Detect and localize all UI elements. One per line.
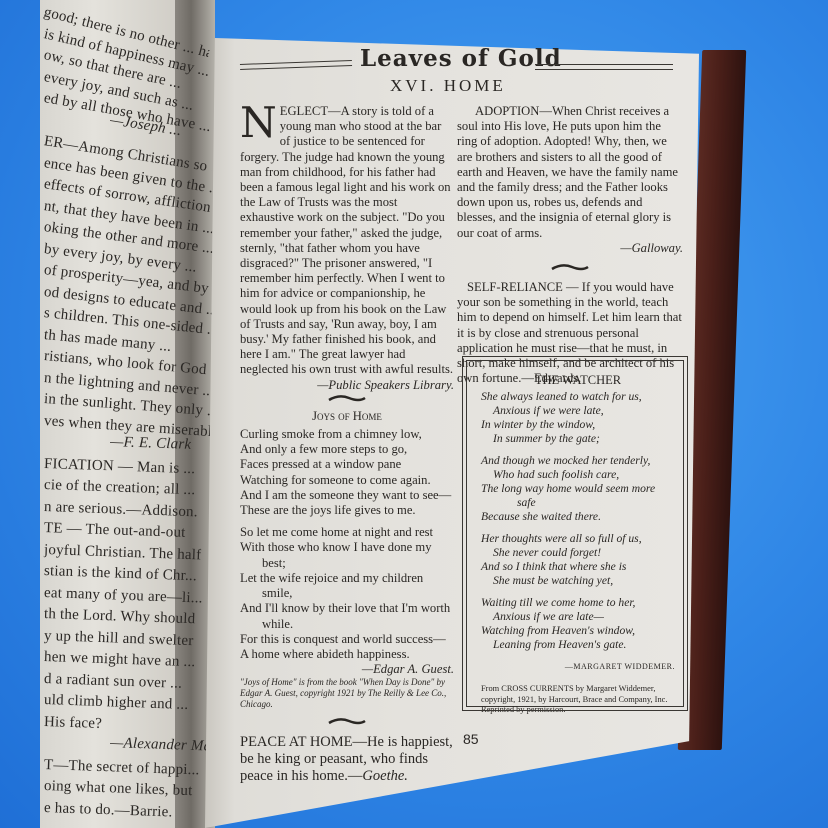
swash-ornament xyxy=(240,393,454,409)
poem-line: Let the wife rejoice and my children xyxy=(240,571,454,586)
poem-line: So let me come home at night and rest xyxy=(240,525,454,540)
joys-title: Joys of Home xyxy=(240,409,454,424)
watcher-stanza: Waiting till we come home to her,Anxious… xyxy=(481,596,675,652)
poem-line: Watching for someone to come again. xyxy=(240,473,454,488)
left-page-line: —F. E. Clark xyxy=(110,434,192,454)
neglect-heading: EGLECT— xyxy=(280,104,341,118)
poem-line: Waiting till we come home to her, xyxy=(481,596,675,610)
swash-ornament xyxy=(240,710,454,734)
poem-line: Faces pressed at a window pane xyxy=(240,457,454,472)
poem-line: And though we mocked her tenderly, xyxy=(481,454,675,468)
swash-icon xyxy=(550,263,590,273)
adoption-attribution: —Galloway. xyxy=(457,241,683,256)
poem-line: And so I think that where she is xyxy=(481,560,675,574)
neglect-attribution: —Public Speakers Library. xyxy=(240,378,454,393)
poem-line: best; xyxy=(240,556,454,571)
peace-heading: PEACE AT HOME— xyxy=(240,734,367,750)
chapter-title: XVI. HOME xyxy=(390,76,506,96)
joys-note: "Joys of Home" is from the book "When Da… xyxy=(240,677,454,710)
joys-attribution: —Edgar A. Guest. xyxy=(240,662,454,677)
poem-line: smile, xyxy=(240,586,454,601)
left-page-line: His face? xyxy=(44,714,103,733)
poem-line: while. xyxy=(240,617,454,632)
poem-line: Anxious if we are late— xyxy=(481,610,675,624)
watcher-credit: From CROSS CURRENTS by Margaret Widdemer… xyxy=(481,684,675,716)
the-watcher-box: THE WATCHER She always leaned to watch f… xyxy=(466,360,684,707)
poem-line: For this is conquest and world success— xyxy=(240,632,454,647)
poem-line: And I'll know by their love that I'm wor… xyxy=(240,601,454,616)
watcher-title: THE WATCHER xyxy=(481,373,675,387)
watcher-stanzas: She always leaned to watch for us,Anxiou… xyxy=(481,390,675,652)
poem-line: Watching from Heaven's window, xyxy=(481,624,675,638)
poem-line: She always leaned to watch for us, xyxy=(481,390,675,404)
self-reliance-heading: SELF-RELIANCE — xyxy=(457,280,582,294)
watcher-stanza: She always leaned to watch for us,Anxiou… xyxy=(481,390,675,446)
swash-icon xyxy=(327,394,367,404)
poem-line: A home where abideth happiness. xyxy=(240,647,454,662)
adoption-entry: ADOPTION—When Christ receives a soul int… xyxy=(457,104,683,241)
watcher-stanza: Her thoughts were all so full of us,She … xyxy=(481,532,675,588)
poem-line: Anxious if we were late, xyxy=(481,404,675,418)
running-title: Leaves of Gold xyxy=(360,45,562,72)
neglect-entry: NEGLECT—A story is told of a young man w… xyxy=(240,104,454,378)
poem-line: She never could forget! xyxy=(481,546,675,560)
watcher-author: —MARGARET WIDDEMER. xyxy=(481,660,675,674)
poem-line: These are the joys life gives to me. xyxy=(240,503,454,518)
poem-line: And only a few more steps to go, xyxy=(240,442,454,457)
poem-line: Curling smoke from a chimney low, xyxy=(240,427,454,442)
joys-stanza-2: So let me come home at night and restWit… xyxy=(240,525,454,662)
poem-line: Leaning from Heaven's gate. xyxy=(481,638,675,652)
poem-line: The long way home would seem more xyxy=(481,482,675,496)
poem-line: Because she waited there. xyxy=(481,510,675,524)
swash-icon xyxy=(327,717,367,727)
poem-line: In summer by the gate; xyxy=(481,432,675,446)
left-column: NEGLECT—A story is told of a young man w… xyxy=(240,104,454,785)
poem-line: safe xyxy=(481,496,675,510)
dropcap: N xyxy=(240,106,277,140)
swash-ornament xyxy=(457,256,683,280)
adoption-heading: ADOPTION— xyxy=(457,104,552,118)
poem-line: And I am the someone they want to see— xyxy=(240,488,454,503)
poem-line: She must be watching yet, xyxy=(481,574,675,588)
peace-entry: PEACE AT HOME—He is happiest, be he king… xyxy=(240,734,454,785)
poem-line: In winter by the window, xyxy=(481,418,675,432)
poem-line: Who had such foolish care, xyxy=(481,468,675,482)
page-number: 85 xyxy=(463,731,479,747)
joys-stanza-1: Curling smoke from a chimney low,And onl… xyxy=(240,427,454,518)
right-column: ADOPTION—When Christ receives a soul int… xyxy=(457,104,683,386)
poem-line: With those who know I have done my xyxy=(240,540,454,555)
header-rule-right xyxy=(535,64,673,70)
poem-line: Her thoughts were all so full of us, xyxy=(481,532,675,546)
watcher-stanza: And though we mocked her tenderly,Who ha… xyxy=(481,454,675,524)
